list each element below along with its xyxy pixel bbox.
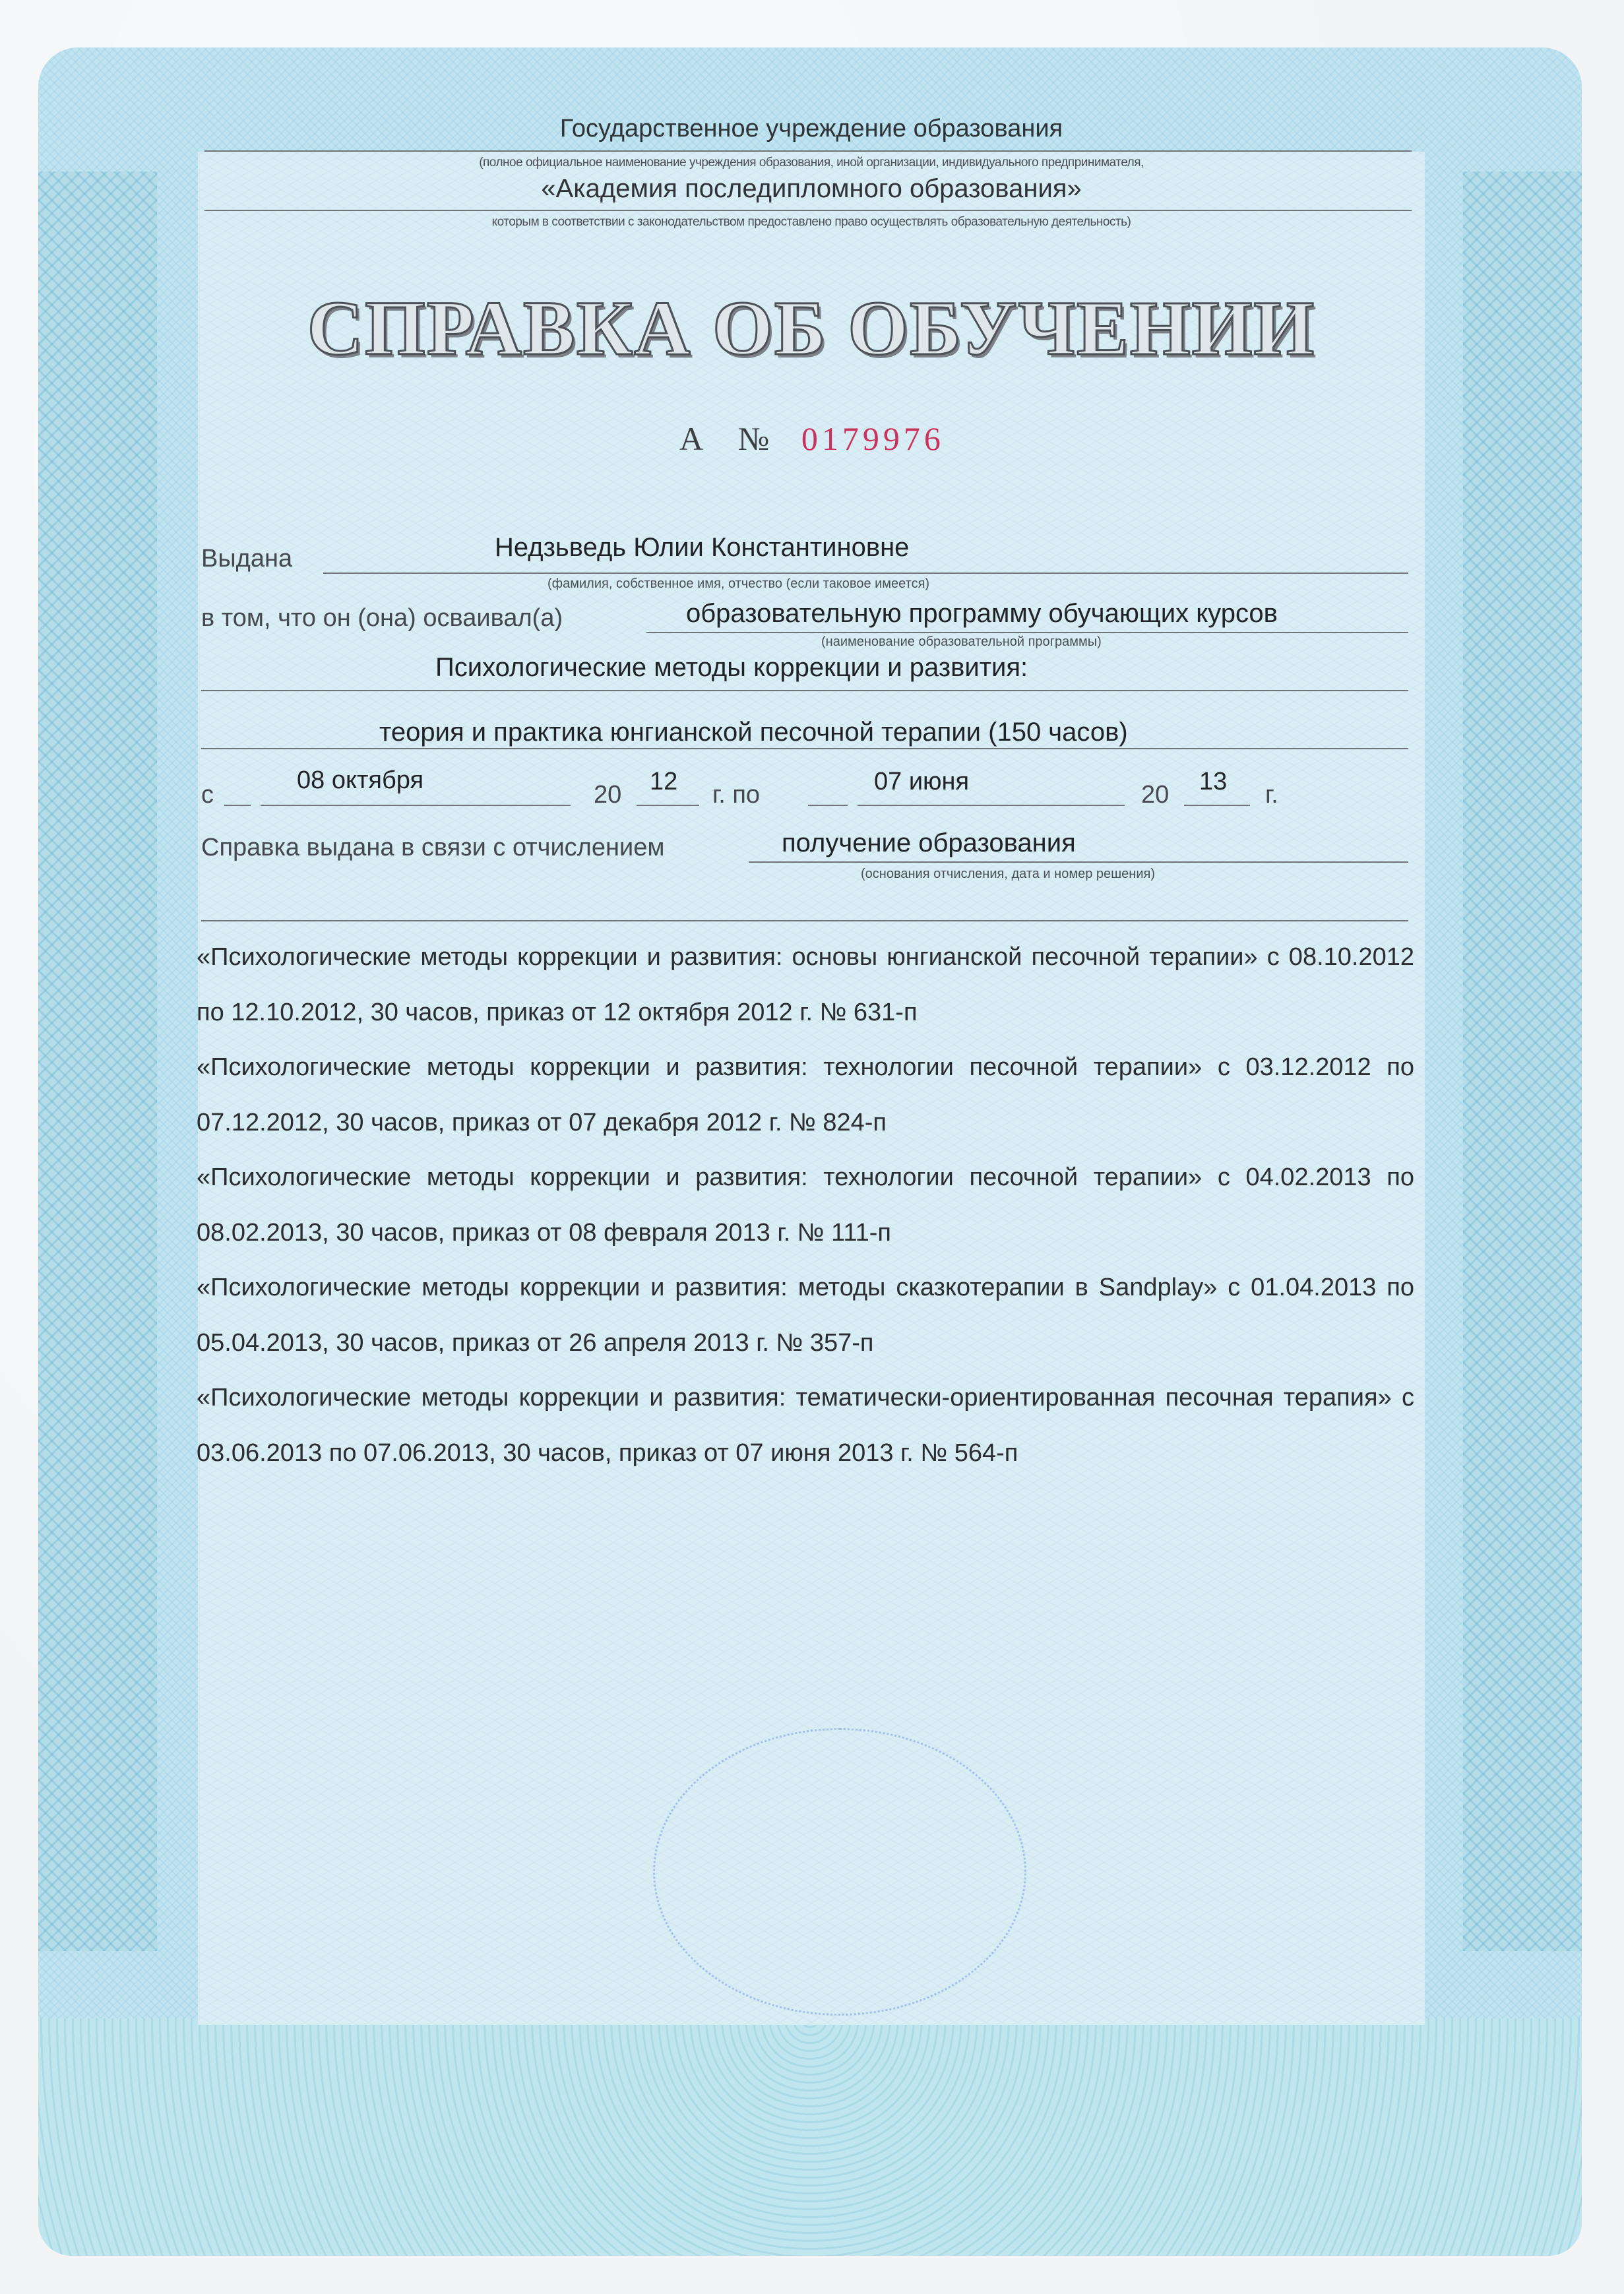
period-from-prefix: с — [201, 781, 214, 809]
year-prefix-1: 20 — [594, 781, 621, 809]
divider — [204, 150, 1412, 152]
year-prefix-2: 20 — [1141, 781, 1169, 809]
divider — [261, 805, 571, 806]
divider — [749, 861, 1408, 863]
divider — [204, 210, 1412, 211]
period-mid-label: г. по — [712, 781, 760, 809]
divider — [646, 632, 1408, 633]
document-number: 0179976 — [801, 420, 945, 457]
divider — [224, 805, 251, 806]
course-entry: «Психологические методы коррекции и разв… — [197, 1040, 1414, 1150]
serial-number: А № 0179976 — [679, 419, 945, 458]
divider — [1184, 805, 1250, 806]
period-end-label: г. — [1265, 781, 1278, 809]
course-entry: «Психологические методы коррекции и разв… — [197, 1150, 1414, 1260]
issued-to-caption: (фамилия, собственное имя, отчество (есл… — [547, 576, 929, 592]
program-name-line-2: теория и практика юнгианской песочной те… — [379, 718, 1128, 747]
document-title: СПРАВКА ОБ ОБУЧЕНИИ — [198, 284, 1425, 373]
expulsion-caption: (основания отчисления, дата и номер реше… — [861, 867, 1155, 882]
divider — [201, 690, 1408, 691]
period-to-year: 13 — [1199, 768, 1227, 796]
series-letter: А — [679, 420, 703, 457]
course-entry: «Психологические методы коррекции и разв… — [197, 1260, 1414, 1371]
program-caption: (наименование образовательной программы) — [821, 635, 1102, 650]
divider — [637, 805, 699, 806]
course-list: «Психологические методы коррекции и разв… — [197, 930, 1414, 1481]
divider — [323, 573, 1408, 574]
certificate: Государственное учреждение образования (… — [0, 0, 1624, 2294]
number-sign: № — [738, 420, 770, 457]
period-from-date: 08 октября — [297, 766, 423, 795]
divider — [808, 805, 848, 806]
faded-seal-stamp — [653, 1728, 1026, 2016]
institution-name: «Академия последипломного образования» — [198, 174, 1425, 204]
program-label: в том, что он (она) осваивал(а) — [201, 604, 563, 633]
issued-to-label: Выдана — [201, 545, 292, 573]
course-entry: «Психологические методы коррекции и разв… — [197, 1371, 1414, 1481]
institution-type: Государственное учреждение образования — [198, 115, 1425, 143]
divider — [201, 920, 1408, 921]
period-to-date: 07 июня — [874, 768, 969, 796]
program-type: образовательную программу обучающих курс… — [686, 599, 1278, 629]
expulsion-reason: получение образования — [782, 828, 1076, 858]
issued-to-name: Недзьведь Юлии Константиновне — [495, 533, 909, 563]
period-from-year: 12 — [650, 768, 677, 796]
divider — [858, 805, 1125, 806]
program-name-line-1: Психологические методы коррекции и разви… — [435, 653, 1028, 683]
expulsion-label: Справка выдана в связи с отчислением — [201, 834, 664, 862]
institution-caption-1: (полное официальное наименование учрежде… — [198, 156, 1425, 170]
divider — [201, 748, 1408, 749]
institution-caption-2: которым в соответствии с законодательств… — [198, 215, 1425, 230]
course-entry: «Психологические методы коррекции и разв… — [197, 930, 1414, 1040]
